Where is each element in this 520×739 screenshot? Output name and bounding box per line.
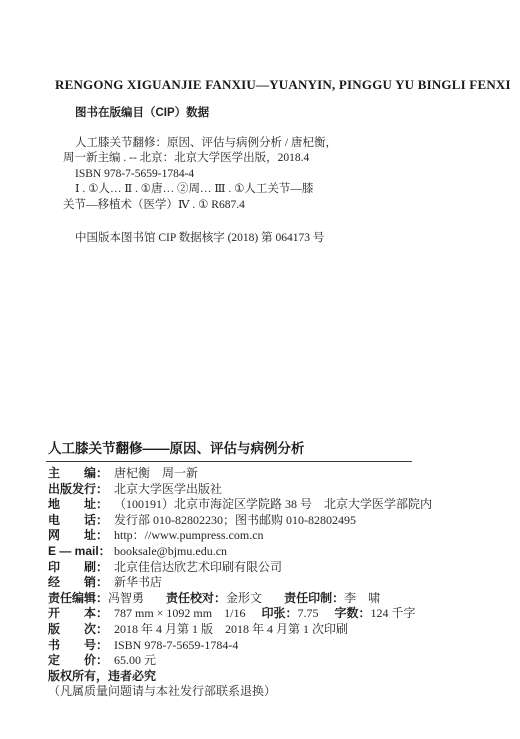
row-label: 出版发行： — [48, 482, 114, 498]
copyright-page: RENGONG XIGUANJIE FANXIU—YUANYIN, PINGGU… — [0, 0, 520, 739]
copyright-notice: 版权所有，违者必究 — [48, 669, 484, 685]
colophon-row-email: E — mail：booksale@bjmu.edu.cn — [48, 544, 484, 560]
cip-line: ISBN 978-7-5659-1784-4 — [63, 167, 431, 182]
row-label: 网 址： — [48, 528, 114, 544]
cip-block: 人工膝关节翻修：原因、评估与病例分析 / 唐杞衡， 周一新主编 . -- 北京：… — [63, 136, 431, 213]
colophon-row-website: 网 址：http：//www.pumpress.com.cn — [48, 528, 484, 544]
row-label: 印 刷： — [48, 560, 114, 576]
row-value: 北京佳信达欣艺术印刷有限公司 — [114, 560, 282, 574]
colophon-row-format: 开 本：787 mm × 1092 mm 1/16印张：7.75字数：124 千… — [48, 606, 484, 622]
row-value: 北京大学医学出版社 — [114, 482, 222, 496]
row-value: 新华书店 — [114, 575, 162, 589]
row-value: （100191）北京市海淀区学院路 38 号 北京大学医学部院内 — [114, 497, 432, 511]
staff-label: 责任编辑： — [48, 591, 108, 607]
row-label: 开 本： — [48, 606, 114, 622]
row-label: E — mail： — [48, 544, 114, 560]
staff-value: 李 啸 — [344, 591, 380, 605]
colophon-row-address: 地 址：（100191）北京市海淀区学院路 38 号 北京大学医学部院内 — [48, 497, 484, 513]
row-value: 唐杞衡 周一新 — [114, 466, 198, 480]
row-value: 发行部 010-82802230；图书邮购 010-82802495 — [114, 513, 356, 527]
row-label: 经 销： — [48, 575, 114, 591]
row-label: 主 编： — [48, 466, 114, 482]
pinyin-title: RENGONG XIGUANJIE FANXIU—YUANYIN, PINGGU… — [55, 77, 485, 93]
staff-label: 责任印制： — [284, 591, 344, 607]
colophon-row-isbn: 书 号：ISBN 978-7-5659-1784-4 — [48, 638, 484, 654]
title-rule — [46, 461, 412, 462]
row-value: booksale@bjmu.edu.cn — [114, 544, 227, 558]
cip-line: 人工膝关节翻修：原因、评估与病例分析 / 唐杞衡， — [63, 136, 431, 151]
row-value: ISBN 978-7-5659-1784-4 — [114, 638, 238, 652]
staff-label: 责任校对： — [166, 591, 226, 607]
colophon-row-edition: 版 次：2018 年 4 月第 1 版 2018 年 4 月第 1 次印刷 — [48, 622, 484, 638]
row-value: 7.75 — [297, 606, 318, 620]
colophon-row-publisher: 出版发行：北京大学医学出版社 — [48, 482, 484, 498]
row-value: 65.00 元 — [114, 653, 156, 667]
quality-note: （凡属质量问题请与本社发行部联系退换） — [48, 684, 484, 700]
cip-line: Ⅰ . ①人… Ⅱ . ①唐… ②周… Ⅲ . ①人工关节—膝 — [63, 182, 431, 197]
row-label: 版 次： — [48, 622, 114, 638]
row-label: 书 号： — [48, 638, 114, 654]
cip-line: 周一新主编 . -- 北京：北京大学医学出版，2018.4 — [63, 151, 431, 166]
cip-heading: 图书在版编目（CIP）数据 — [75, 104, 209, 120]
row-value: http：//www.pumpress.com.cn — [114, 528, 264, 542]
row-value: 124 千字 — [370, 606, 415, 620]
row-label: 定 价： — [48, 653, 114, 669]
row-label: 字数： — [334, 606, 370, 622]
staff-value: 冯智勇 — [108, 591, 144, 605]
colophon-row-editor: 主 编：唐杞衡 周一新 — [48, 466, 484, 482]
cip-record-number: 中国版本图书馆 CIP 数据核字 (2018) 第 064173 号 — [75, 229, 324, 245]
colophon-row-price: 定 价：65.00 元 — [48, 653, 484, 669]
row-value: 787 mm × 1092 mm 1/16 — [114, 606, 245, 620]
colophon-row-printer: 印 刷：北京佳信达欣艺术印刷有限公司 — [48, 560, 484, 576]
colophon-block: 人工膝关节翻修——原因、评估与病例分析 主 编：唐杞衡 周一新 出版发行：北京大… — [48, 437, 484, 700]
row-value: 2018 年 4 月第 1 版 2018 年 4 月第 1 次印刷 — [114, 622, 348, 636]
staff-value: 金形文 — [226, 591, 262, 605]
book-title: 人工膝关节翻修——原因、评估与病例分析 — [48, 437, 484, 461]
row-label: 地 址： — [48, 497, 114, 513]
colophon-row-phone: 电 话：发行部 010-82802230；图书邮购 010-82802495 — [48, 513, 484, 529]
colophon-row-staff: 责任编辑：冯智勇责任校对：金形文责任印制：李 啸 — [48, 591, 484, 607]
row-label: 电 话： — [48, 513, 114, 529]
cip-line: 关节—移植术（医学）Ⅳ . ① R687.4 — [63, 198, 431, 213]
colophon-row-distributor: 经 销：新华书店 — [48, 575, 484, 591]
row-label: 印张： — [261, 606, 297, 622]
